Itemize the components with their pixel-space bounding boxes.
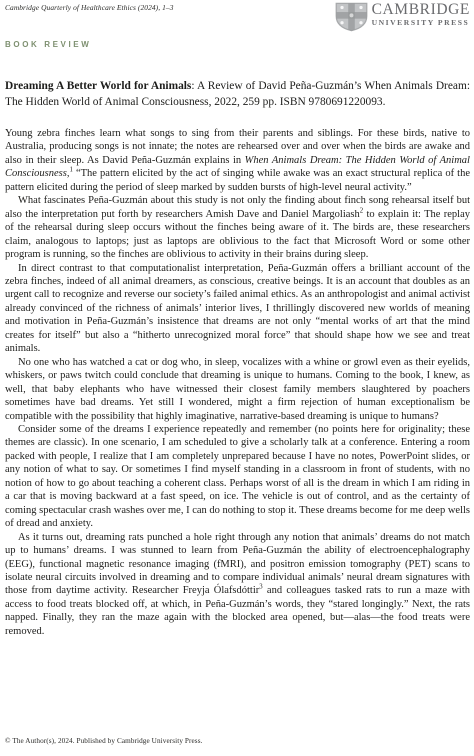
text-run: In direct contrast to that computational… xyxy=(5,263,470,355)
journal-citation-line: Cambridge Quarterly of Healthcare Ethics… xyxy=(5,3,174,12)
text-run: Dreaming A Better World for Animals xyxy=(5,80,191,92)
section-label-book-review: BOOK REVIEW xyxy=(5,40,91,49)
cambridge-university-press-logo: CAMBRIDGE UNIVERSITY PRESS xyxy=(335,2,470,32)
paragraph: No one who has watched a cat or dog who,… xyxy=(5,356,470,423)
paragraph: Young zebra finches learn what songs to … xyxy=(5,127,470,194)
journal-page: Cambridge Quarterly of Healthcare Ethics… xyxy=(0,0,474,756)
copyright-line: © The Author(s), 2024. Published by Camb… xyxy=(5,737,203,745)
paragraph: In direct contrast to that computational… xyxy=(5,262,470,356)
text-run: “The pattern elicited by the act of sing… xyxy=(5,168,470,192)
paragraph: As it turns out, dreaming rats punched a… xyxy=(5,531,470,639)
publisher-name-line2: UNIVERSITY PRESS xyxy=(372,18,470,27)
publisher-wordmark: CAMBRIDGE UNIVERSITY PRESS xyxy=(372,2,470,27)
article-title: Dreaming A Better World for Animals: A R… xyxy=(5,78,470,110)
cambridge-shield-icon xyxy=(335,2,368,32)
article-body: Young zebra finches learn what songs to … xyxy=(5,127,470,638)
paragraph: Consider some of the dreams I experience… xyxy=(5,423,470,531)
publisher-name-line1: CAMBRIDGE xyxy=(372,2,470,18)
paragraph: What fascinates Peña-Guzmán about this s… xyxy=(5,194,470,261)
text-run: Consider some of the dreams I experience… xyxy=(5,424,470,529)
text-run: No one who has watched a cat or dog who,… xyxy=(5,357,470,422)
